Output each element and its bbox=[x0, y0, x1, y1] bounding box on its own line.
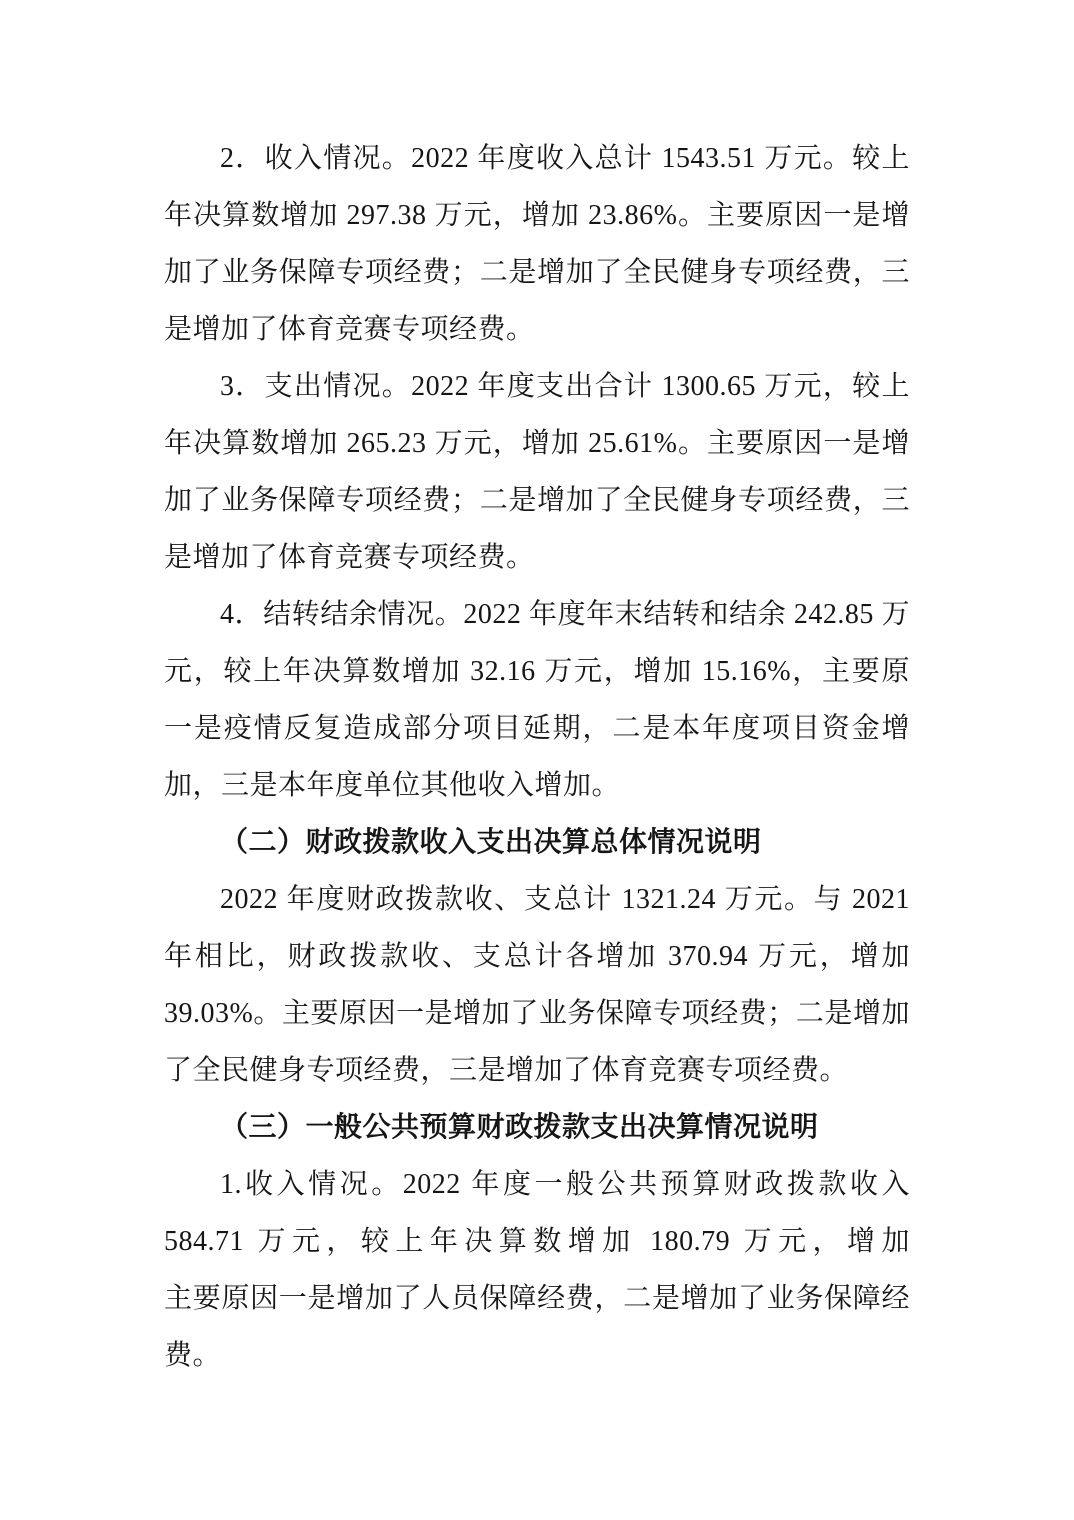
document-text-area: 2．收入情况。2022 年度收入总计 1543.51 万元。较上 年决算数增加 … bbox=[164, 130, 910, 1384]
text-line: 主要原因一是增加了人员保障经费，二是增加了业务保障经 bbox=[164, 1270, 910, 1327]
text-line: 2022 年度财政拨款收、支总计 1321.24 万元。与 2021 bbox=[164, 871, 910, 928]
text-line: 一是疫情反复造成部分项目延期，二是本年度项目资金增 bbox=[164, 700, 910, 757]
paragraph: 2022 年度财政拨款收、支总计 1321.24 万元。与 2021 年相比，财… bbox=[164, 871, 910, 1099]
text-line: 584.71 万元，较上年决算数增加 180.79 万元，增加 44.76%。 bbox=[164, 1213, 910, 1270]
text-line: 费。 bbox=[164, 1327, 910, 1384]
text-line: 是增加了体育竞赛专项经费。 bbox=[164, 529, 910, 586]
section-heading: （三）一般公共预算财政拨款支出决算情况说明 bbox=[164, 1099, 910, 1156]
paragraph: 3．支出情况。2022 年度支出合计 1300.65 万元，较上 年决算数增加 … bbox=[164, 358, 910, 586]
text-line: 年决算数增加 297.38 万元，增加 23.86%。主要原因一是增 bbox=[164, 187, 910, 244]
text-line: 加了业务保障专项经费；二是增加了全民健身专项经费，三 bbox=[164, 472, 910, 529]
text-line: 元，较上年决算数增加 32.16 万元，增加 15.16%，主要原因 bbox=[164, 643, 910, 700]
text-line: 年决算数增加 265.23 万元，增加 25.61%。主要原因一是增 bbox=[164, 415, 910, 472]
text-line: 加，三是本年度单位其他收入增加。 bbox=[164, 757, 910, 814]
text-line: 3．支出情况。2022 年度支出合计 1300.65 万元，较上 bbox=[164, 358, 910, 415]
text-line: 1.收入情况。2022 年度一般公共预算财政拨款收入 bbox=[164, 1156, 910, 1213]
text-line: 2．收入情况。2022 年度收入总计 1543.51 万元。较上 bbox=[164, 130, 910, 187]
text-line: 年相比，财政拨款收、支总计各增加 370.94 万元，增加 bbox=[164, 928, 910, 985]
text-line: 4．结转结余情况。2022 年度年末结转和结余 242.85 万 bbox=[164, 586, 910, 643]
paragraph: 1.收入情况。2022 年度一般公共预算财政拨款收入 584.71 万元，较上年… bbox=[164, 1156, 910, 1384]
document-page: 2．收入情况。2022 年度收入总计 1543.51 万元。较上 年决算数增加 … bbox=[0, 0, 1074, 1520]
text-line: 是增加了体育竞赛专项经费。 bbox=[164, 301, 910, 358]
text-line: 39.03%。主要原因一是增加了业务保障专项经费；二是增加 bbox=[164, 985, 910, 1042]
paragraph: 2．收入情况。2022 年度收入总计 1543.51 万元。较上 年决算数增加 … bbox=[164, 130, 910, 358]
section-heading: （二）财政拨款收入支出决算总体情况说明 bbox=[164, 814, 910, 871]
text-line: 加了业务保障专项经费；二是增加了全民健身专项经费，三 bbox=[164, 244, 910, 301]
text-line: 了全民健身专项经费，三是增加了体育竞赛专项经费。 bbox=[164, 1042, 910, 1099]
paragraph: 4．结转结余情况。2022 年度年末结转和结余 242.85 万 元，较上年决算… bbox=[164, 586, 910, 814]
